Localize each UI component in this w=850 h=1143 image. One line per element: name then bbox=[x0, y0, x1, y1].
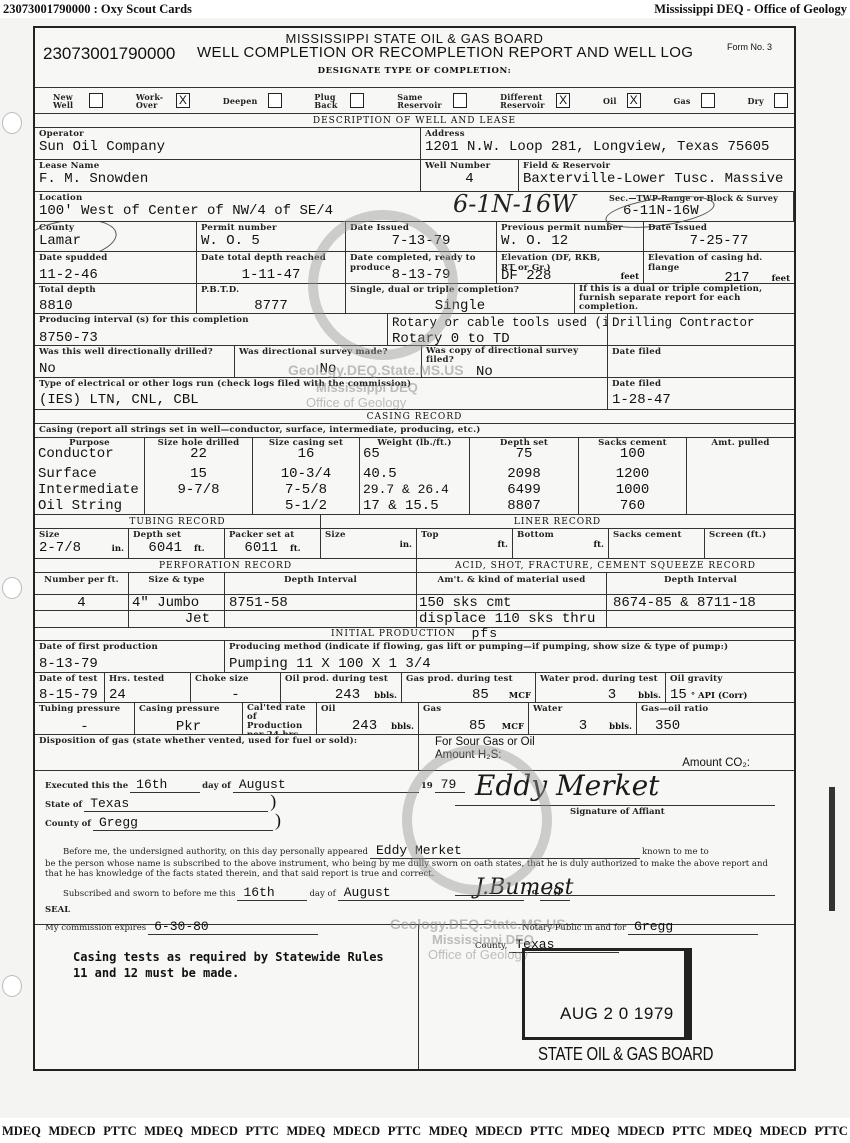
casing-pressure-field[interactable]: Casing pressure Pkr bbox=[135, 703, 243, 734]
dual-completion-note: If this is a dual or triple completion, … bbox=[575, 284, 794, 313]
operator-field[interactable]: Operator Sun Oil Company bbox=[35, 128, 421, 159]
casing-elevation-field[interactable]: Elevation of casing hd. flange 217feet bbox=[644, 252, 794, 283]
tubing-depth-field[interactable]: Depth set 6041ft. bbox=[129, 529, 225, 558]
notary-signature: J.Bumest bbox=[475, 875, 573, 900]
section-liner: LINER RECORD bbox=[321, 515, 794, 529]
completion-type-deepen[interactable]: Deepen bbox=[223, 93, 282, 108]
document-title: 23073001790000 : Oxy Scout Cards bbox=[3, 2, 192, 17]
elevation-field[interactable]: Elevation (DF, RKB, RT or Gr.) DF 228fee… bbox=[497, 252, 644, 283]
well-completion-form: MISSISSIPPI STATE OIL & GAS BOARD 230730… bbox=[33, 26, 796, 1071]
designate-label: DESIGNATE TYPE OF COMPLETION: bbox=[35, 66, 794, 76]
section-acid: ACID, SHOT, FRACTURE, CEMENT SQUEEZE REC… bbox=[417, 559, 794, 573]
page-header-bar: 23073001790000 : Oxy Scout Cards Mississ… bbox=[0, 0, 850, 18]
acid-material-col: Am't. & kind of material used 150 sks cm… bbox=[417, 573, 607, 627]
checkbox[interactable]: X bbox=[176, 93, 190, 108]
checkbox[interactable] bbox=[89, 93, 103, 108]
depth-row: Total depth 8810 P.B.T.D. 8777 Single, d… bbox=[35, 284, 794, 314]
completion-type-different-reservoir[interactable]: Different ReservoirX bbox=[500, 93, 570, 109]
form-header: MISSISSIPPI STATE OIL & GAS BOARD 230730… bbox=[35, 28, 794, 88]
producing-method-field[interactable]: Producing method (indicate if flowing, g… bbox=[225, 641, 794, 672]
producing-interval-field[interactable]: Producing interval (s) for this completi… bbox=[35, 314, 388, 345]
tubing-liner-row: Size 2-7/8in. Depth set 6041ft. Packer s… bbox=[35, 529, 794, 559]
date-issued-field[interactable]: Date Issued 7-13-79 bbox=[346, 222, 497, 251]
seal-label: SEAL bbox=[45, 905, 784, 915]
punch-hole bbox=[2, 112, 22, 134]
tubing-size-field[interactable]: Size 2-7/8in. bbox=[35, 529, 129, 558]
first-production-field[interactable]: Date of first production 8-13-79 bbox=[35, 641, 225, 672]
date-spudded-field[interactable]: Date spudded 11-2-46 bbox=[35, 252, 197, 283]
gas-disposition-field[interactable]: Disposition of gas (state whether vented… bbox=[35, 735, 419, 770]
completion-type-new-well[interactable]: New Well bbox=[53, 93, 103, 109]
checkbox[interactable] bbox=[268, 93, 282, 108]
circle-annotation bbox=[35, 222, 119, 251]
form-title: WELL COMPLETION OR RECOMPLETION REPORT A… bbox=[197, 44, 693, 61]
disposition-row: Disposition of gas (state whether vented… bbox=[35, 735, 794, 771]
footer-bar: MDEQMDECDPTTC MDEQMDECDPTTC MDEQMDECDPTT… bbox=[0, 1124, 850, 1142]
permit-row: County Lamar Permit number W. O. 5 Date … bbox=[35, 222, 794, 252]
checkbox[interactable]: X bbox=[556, 93, 570, 108]
calc-rate-label: Cal'ted rate of Production per 24 hrs. bbox=[243, 703, 317, 734]
affiant-signature: Eddy Merket bbox=[475, 769, 659, 802]
co2-amount: Amount CO₂: bbox=[682, 757, 750, 770]
well-number-field[interactable]: Well Number 4 bbox=[421, 160, 519, 191]
subscribed-day[interactable]: 16th bbox=[237, 885, 307, 901]
sour-gas-field[interactable]: For Sour Gas or Oil Amount H₂S: Amount C… bbox=[419, 735, 794, 770]
form-number: Form No. 3 bbox=[727, 42, 772, 52]
lease-name-field[interactable]: Lease Name F. M. Snowden bbox=[35, 160, 421, 191]
oil-test-field[interactable]: Oil prod. during test 243bbls. bbox=[281, 673, 402, 702]
lease-row: Lease Name F. M. Snowden Well Number 4 F… bbox=[35, 160, 794, 192]
punch-hole bbox=[2, 975, 22, 997]
completion-type-plug-back[interactable]: Plug Back bbox=[314, 93, 364, 109]
stamp-date: AUG 2 0 1979 bbox=[560, 1004, 674, 1024]
rotary-tools-field[interactable]: Rotary or cable tools used (interval) Ro… bbox=[388, 314, 608, 345]
affidavit-section: Executed this the 16th day of August 19 … bbox=[35, 771, 794, 925]
interval-row: Producing interval (s) for this completi… bbox=[35, 314, 794, 346]
date-completed-field[interactable]: Date completed, ready to produce 8-13-79 bbox=[346, 252, 497, 283]
tubing-liner-titles: TUBING RECORD LINER RECORD bbox=[35, 515, 794, 529]
pbtd-field[interactable]: P.B.T.D. 8777 bbox=[197, 284, 346, 313]
section-description: DESCRIPTION OF WELL AND LEASE bbox=[35, 114, 794, 128]
perf-acid-table: Number per ft. 4 Size & type 4" Jumbo Je… bbox=[35, 573, 794, 627]
liner-top-field[interactable]: Top ft. bbox=[417, 529, 513, 558]
perf-acid-titles: PERFORATION RECORD ACID, SHOT, FRACTURE,… bbox=[35, 559, 794, 573]
handwritten-pfs: pfs bbox=[472, 626, 498, 642]
section-tubing: TUBING RECORD bbox=[35, 515, 321, 529]
signature-label: Signature of Affiant bbox=[570, 807, 665, 817]
gas-24hr-field[interactable]: Gas 85MCF bbox=[419, 703, 529, 734]
completion-type-workover[interactable]: Work-OverX bbox=[136, 93, 190, 109]
date-filed-field[interactable]: Date filed bbox=[608, 346, 794, 377]
oil-24hr-field[interactable]: Oil 243bbls. bbox=[317, 703, 419, 734]
county-field[interactable]: Gregg bbox=[93, 815, 273, 831]
county-field[interactable]: County Lamar bbox=[35, 222, 197, 251]
survey-copy-filed-field[interactable]: Was copy of directional survey filed? No bbox=[422, 346, 608, 377]
liner-size-field[interactable]: Size in. bbox=[321, 529, 417, 558]
casing-row: Surface 15 10-3/4 40.5 2098 1200 bbox=[35, 466, 794, 482]
logs-date-filed-field[interactable]: Date filed 1-28-47 bbox=[608, 378, 794, 409]
liner-sacks-field[interactable]: Sacks cement bbox=[609, 529, 705, 558]
casing-row: Intermediate 9-7/8 7-5/8 29.7 & 26.4 649… bbox=[35, 482, 794, 498]
date-of-test-field[interactable]: Date of test 8-15-79 bbox=[35, 673, 105, 702]
section-casing: CASING RECORD bbox=[35, 410, 794, 424]
affidavit-body: be the person whose name is subscribed t… bbox=[45, 859, 784, 879]
checkbox[interactable] bbox=[350, 93, 364, 108]
section-production: INITIAL PRODUCTION pfs bbox=[35, 627, 794, 641]
operator-value: Sun Oil Company bbox=[39, 139, 416, 155]
stamp-board-name: STATE OIL & GAS BOARD bbox=[538, 1044, 713, 1064]
location-row: Location 100' West of Center of NW/4 of … bbox=[35, 192, 794, 222]
first-production-row: Date of first production 8-13-79 Produci… bbox=[35, 641, 794, 673]
casing-test-note: Casing tests as required by Statewide Ru… bbox=[35, 925, 419, 1069]
completion-type-gas[interactable]: Gas bbox=[674, 93, 715, 108]
choke-size-field[interactable]: Choke size - bbox=[191, 673, 281, 702]
acid-depth-col: Depth Interval 8674-85 & 8711-18 bbox=[607, 573, 794, 627]
completion-kind-field[interactable]: Single, dual or triple completion? Singl… bbox=[346, 284, 575, 313]
directional-row: Was this well directionally drilled? No … bbox=[35, 346, 794, 378]
date-td-reached-field[interactable]: Date total depth reached 1-11-47 bbox=[197, 252, 346, 283]
pressure-row: Tubing pressure - Casing pressure Pkr Ca… bbox=[35, 703, 794, 735]
perf-depth-col: Depth Interval 8751-58 bbox=[225, 573, 417, 627]
hrs-tested-field[interactable]: Hrs. tested 24 bbox=[105, 673, 191, 702]
checkbox[interactable] bbox=[774, 93, 788, 108]
gas-oil-ratio-field[interactable]: Gas—oil ratio 350 bbox=[637, 703, 794, 734]
address-value: 1201 N.W. Loop 281, Longview, Texas 7560… bbox=[425, 139, 790, 155]
casing-row: Conductor 22 16 65 75 100 bbox=[35, 450, 794, 466]
section-perforation: PERFORATION RECORD bbox=[35, 559, 417, 573]
logs-row: Type of electrical or other logs run (ch… bbox=[35, 378, 794, 410]
casing-note-row: Casing (report all strings set in well—c… bbox=[35, 424, 794, 438]
address-field[interactable]: Address 1201 N.W. Loop 281, Longview, Te… bbox=[421, 128, 794, 159]
state-field[interactable]: Texas bbox=[84, 796, 268, 812]
previous-date-issued-field[interactable]: Date Issued 7-25-77 bbox=[644, 222, 794, 251]
executed-month[interactable]: August bbox=[233, 777, 419, 793]
casing-note: Casing (report all strings set in well—c… bbox=[39, 425, 790, 435]
tubing-pressure-field[interactable]: Tubing pressure - bbox=[35, 703, 135, 734]
completion-type-oil[interactable]: OilX bbox=[603, 93, 641, 108]
checkbox[interactable] bbox=[453, 93, 467, 108]
api-number: 23073001790000 bbox=[43, 44, 175, 64]
checkbox[interactable]: X bbox=[627, 93, 641, 108]
logs-run-field[interactable]: Type of electrical or other logs run (ch… bbox=[35, 378, 608, 409]
scan-margin-mark bbox=[829, 787, 835, 911]
water-test-field[interactable]: Water prod. during test 3bbls. bbox=[536, 673, 666, 702]
drilling-contractor-field[interactable]: Drilling Contractor bbox=[608, 314, 794, 345]
executed-year[interactable]: 79 bbox=[435, 777, 465, 793]
liner-bottom-field[interactable]: Bottom ft. bbox=[513, 529, 609, 558]
oil-gravity-field[interactable]: Oil gravity 15° API (Corr) bbox=[666, 673, 794, 702]
completion-type-same-reservoir[interactable]: Same Reservoir bbox=[397, 93, 467, 109]
gas-test-field[interactable]: Gas prod. during test 85MCF bbox=[402, 673, 536, 702]
completion-type-row: New Well Work-OverX Deepen Plug Back Sam… bbox=[35, 88, 794, 114]
h2s-amount: Amount H₂S: bbox=[435, 749, 501, 770]
field-reservoir-field[interactable]: Field & Reservoir Baxterville-Lower Tusc… bbox=[519, 160, 794, 191]
dates-row: Date spudded 11-2-46 Date total depth re… bbox=[35, 252, 794, 284]
water-24hr-field[interactable]: Water 3bbls. bbox=[529, 703, 637, 734]
casing-table: Purpose Size hole drilled Size casing se… bbox=[35, 438, 794, 515]
directionally-drilled-field[interactable]: Was this well directionally drilled? No bbox=[35, 346, 235, 377]
completion-type-dry[interactable]: Dry bbox=[747, 93, 787, 108]
directional-survey-field[interactable]: Was directional survey made? No bbox=[235, 346, 422, 377]
total-depth-field[interactable]: Total depth 8810 bbox=[35, 284, 197, 313]
permit-number-field[interactable]: Permit number W. O. 5 bbox=[197, 222, 346, 251]
appeared-name[interactable]: Eddy Merket bbox=[370, 843, 640, 859]
perf-number-col: Number per ft. 4 bbox=[35, 573, 129, 627]
packer-set-field[interactable]: Packer set at 6011ft. bbox=[225, 529, 321, 558]
agency-title: Mississippi DEQ - Office of Geology bbox=[654, 2, 847, 17]
perf-size-col: Size & type 4" Jumbo Jet bbox=[129, 573, 225, 627]
received-stamp bbox=[522, 948, 692, 1040]
punch-hole bbox=[2, 577, 22, 599]
test-row: Date of test 8-15-79 Hrs. tested 24 Chok… bbox=[35, 673, 794, 703]
handwritten-location: 6-1N-16W bbox=[453, 190, 576, 218]
liner-screen-field[interactable]: Screen (ft.) bbox=[705, 529, 794, 558]
executed-day[interactable]: 16th bbox=[130, 777, 200, 793]
casing-row: Oil String 5-1/2 17 & 15.5 8807 760 bbox=[35, 498, 794, 514]
previous-permit-field[interactable]: Previous permit number W. O. 12 bbox=[497, 222, 644, 251]
checkbox[interactable] bbox=[701, 93, 715, 108]
operator-row: Operator Sun Oil Company Address 1201 N.… bbox=[35, 128, 794, 160]
